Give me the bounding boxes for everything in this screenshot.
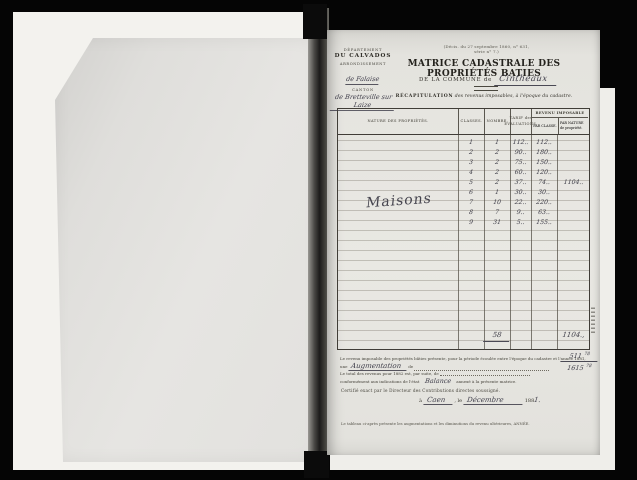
table-header-row: NATURE DES PROPRIÉTÉS. CLASSES. NOMBRE. …	[338, 109, 589, 135]
cell-classe: 8	[457, 208, 484, 218]
amount-stack: 511 78 1615 78	[561, 352, 598, 372]
cell-par-nature	[556, 188, 590, 198]
table-body: Maisons 1 1 112.. 112.. 2 2 90.. 180.. 3	[338, 135, 589, 349]
cell-par-classe: 155..	[530, 218, 557, 228]
table-row: 5 2 37.. 74.. 1104..	[338, 178, 589, 188]
header-revenu-group: REVENU IMPOSABLE PAR CLASSE. PAR NATURE …	[531, 109, 588, 134]
date-line: à Caen , le Décembre 1881.	[419, 396, 541, 405]
dotted-leader	[440, 371, 530, 376]
cell-tarif: 75..	[509, 158, 531, 168]
margin-annotation	[591, 306, 595, 333]
amount-total-francs: 1615	[567, 364, 585, 372]
cell-par-classe: 150..	[530, 158, 557, 168]
place-pre: à	[419, 398, 422, 404]
date-pre: , le	[454, 398, 462, 404]
footer-line-4: conformément aux indications de l'état B…	[340, 377, 517, 385]
cell-classe: 6	[457, 188, 484, 198]
cell-nombre: 7	[483, 208, 510, 218]
footer-line4-post: annexé à la présente matrice.	[456, 379, 516, 384]
cell-classe: 2	[457, 148, 484, 158]
footer-line2-pre: une	[340, 364, 348, 369]
cell-par-classe: 30..	[530, 188, 557, 198]
cell-tarif: 5..	[509, 218, 531, 228]
cell-nombre: 10	[483, 198, 510, 208]
header-par-classe: PAR CLASSE.	[532, 118, 558, 134]
cell-par-classe: 180..	[530, 148, 557, 158]
cell-tarif: 60..	[509, 168, 531, 178]
scanned-register-spread: (Décis. du 27 septembre 1860, n° 631, sé…	[0, 0, 637, 480]
cell-par-classe: 112..	[530, 138, 557, 148]
recap-lead: RÉCAPITULATION	[396, 94, 454, 99]
book-spine	[308, 8, 329, 472]
cell-classe: 1	[457, 138, 484, 148]
table-row: 2 2 90.. 180..	[338, 148, 589, 158]
cell-tarif: 37..	[509, 178, 531, 188]
cell-nombre: 2	[483, 148, 510, 158]
total-par-nature: 1104.,	[556, 329, 591, 341]
cell-tarif: 90..	[509, 148, 531, 158]
amount-increase-centimes: 78	[584, 352, 590, 357]
recap-rest: des revenus imposables, à l'époque du ca…	[455, 94, 573, 99]
footer-line4-pre: conformément aux indications de l'état	[340, 379, 419, 384]
cell-classe: 4	[457, 168, 484, 178]
departement-label: DÉPARTEMENT	[331, 48, 395, 52]
header-par-nature: PAR NATURE de propriété.	[558, 118, 588, 134]
total-nombre: 58	[483, 329, 511, 342]
commune-rule-mark	[474, 86, 498, 91]
cell-par-classe: 120..	[530, 168, 557, 178]
footer-line2-post: de	[408, 364, 413, 369]
table-row: 1 1 112.. 112..	[338, 138, 589, 148]
date-value: Décembre	[463, 396, 524, 405]
cell-tarif: 112..	[509, 138, 531, 148]
recapitulation-subtitle: RÉCAPITULATION des revenus imposables, à…	[389, 94, 579, 99]
cell-par-classe: 74..	[530, 178, 557, 188]
decree-reference-note: (Décis. du 27 septembre 1860, n° 631, sé…	[439, 44, 534, 55]
cell-nombre: 2	[483, 158, 510, 168]
certification-line: Certifié exact par le Directeur des Cont…	[341, 388, 500, 393]
footer-line-1: Le revenu imposable des propriétés bâtie…	[340, 356, 562, 361]
cell-par-nature	[556, 218, 590, 228]
amount-total-centimes: 78	[586, 364, 592, 369]
cell-tarif: 22..	[509, 198, 531, 208]
table-row: 4 2 60.. 120..	[338, 168, 589, 178]
header-tarif: TARIF des ÉVALUATIONS.	[510, 109, 531, 134]
cell-nombre: 2	[483, 168, 510, 178]
cell-par-classe: 220..	[530, 198, 557, 208]
cell-classe: 3	[457, 158, 484, 168]
cell-classe: 7	[457, 198, 484, 208]
amount-increase-francs: 511	[569, 352, 583, 360]
cell-par-nature: 1104..	[556, 178, 590, 188]
recapitulation-table: NATURE DES PROPRIÉTÉS. CLASSES. NOMBRE. …	[337, 108, 590, 350]
cell-nombre: 31	[483, 218, 510, 228]
cell-nombre: 1	[483, 188, 510, 198]
table-row: 3 2 75.. 150..	[338, 158, 589, 168]
header-revenu-imposable: REVENU IMPOSABLE	[532, 109, 588, 118]
augmentation-value: Augmentation	[348, 362, 407, 371]
cell-tarif: 9..	[509, 208, 531, 218]
spine-tape-bottom	[304, 451, 329, 478]
arrondissement-value: de Falaise	[346, 75, 381, 85]
amount-total: 1615 78	[560, 362, 598, 372]
matrice-cadastrale-page: (Décis. du 27 septembre 1860, n° 631, sé…	[327, 30, 600, 455]
year-handwritten: 1.	[534, 396, 542, 404]
amount-increase: 511 78	[560, 352, 598, 362]
blank-left-page	[55, 38, 318, 462]
commune-value: Cintheaux	[494, 74, 558, 86]
commune-line: DE LA COMMUNE de Cintheaux	[413, 74, 563, 86]
cell-classe: 5	[457, 178, 484, 188]
cell-par-classe: 63..	[530, 208, 557, 218]
cell-par-nature	[556, 198, 590, 208]
footer-line-3: Le total des revenus pour 1882 est, par …	[340, 371, 530, 376]
balance-value: Balance	[420, 377, 455, 385]
spine-tape-top	[303, 4, 327, 39]
place-value: Caen	[423, 396, 453, 405]
cell-par-nature	[556, 168, 590, 178]
cell-nombre: 1	[483, 138, 510, 148]
commune-label: DE LA COMMUNE de	[419, 77, 492, 83]
table-row: 8 7 9.. 63..	[338, 208, 589, 218]
bottom-fine-print: Le tableau ci-après présente les augment…	[341, 421, 530, 426]
cell-nombre: 2	[483, 178, 510, 188]
department-block: DÉPARTEMENT DU CALVADOS ARRONDISSEMENT d…	[331, 48, 395, 111]
footer-line3-text: Le total des revenus pour 1882 est, par …	[340, 371, 439, 376]
header-nature: NATURE DES PROPRIÉTÉS.	[338, 109, 458, 134]
header-classes: CLASSES.	[458, 109, 484, 134]
cell-classe: 9	[457, 218, 484, 228]
table-row: 9 31 5.. 155..	[338, 218, 589, 228]
table-row: 6 1 30.. 30..	[338, 188, 589, 198]
table-total-row: 58 1104.,	[338, 329, 589, 341]
cell-par-nature	[556, 138, 590, 148]
cell-tarif: 30..	[509, 188, 531, 198]
cell-par-nature	[556, 208, 590, 218]
footer-line-2: une Augmentation de	[340, 362, 549, 371]
cell-par-nature	[556, 158, 590, 168]
table-row: 7 10 22.. 220..	[338, 198, 589, 208]
cell-par-nature	[556, 148, 590, 158]
